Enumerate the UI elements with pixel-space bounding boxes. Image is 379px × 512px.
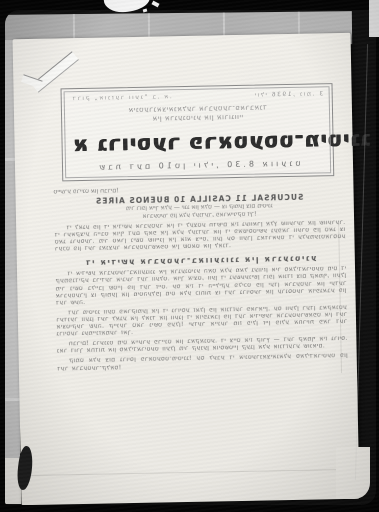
body-paragraph: די אידישע ארבעטער־באוועגונג אין ארגענטינ… bbox=[55, 265, 347, 306]
paper-bottom-right-corner bbox=[336, 447, 370, 499]
issue-date: יולי 1936, נומ. 3 bbox=[253, 90, 323, 98]
adjacent-frame-edge bbox=[369, 0, 379, 37]
photograph-of-document: דרוק „אונזער וועג” ב. א. יולי 1936, נומ.… bbox=[0, 0, 379, 512]
body-paragraph: קומט אלע צום גרויסן פראטעסט־מיטינג! עס ל… bbox=[57, 352, 348, 372]
body-paragraph: דער מיטינג וועט פארקומען אין די גרויסע ז… bbox=[56, 304, 347, 338]
handbill-title: א גרויסער פראטעסט־מיטינג bbox=[72, 126, 324, 157]
masthead-meta-row: דרוק „אונזער וועג” ב. א. יולי 1936, נומ.… bbox=[71, 90, 323, 102]
photo-artifact-speck bbox=[151, 1, 159, 8]
press-credit: דרוק „אונזער וועג” ב. א. bbox=[71, 93, 172, 102]
handbill-subtitle: שבת דעם 10טן יולי, 8.30 אווענט bbox=[72, 158, 324, 172]
masthead-box: דרוק „אונזער וועג” ב. א. יולי 1936, נומ.… bbox=[61, 83, 335, 181]
page-content-mirrored: דרוק „אונזער וועג” ב. א. יולי 1936, נומ.… bbox=[13, 33, 360, 505]
photo-print-area: דרוק „אונזער וועג” ב. א. יולי 1936, נומ.… bbox=[5, 10, 376, 505]
body-paragraph: חברים! ברענגט מיט אייערע פריינט און באקא… bbox=[56, 335, 347, 355]
body-paragraph: די לאגע פון די אידישע ארבעטער אין די לעצ… bbox=[54, 219, 345, 253]
document-page: דרוק „אונזער וועג” ב. א. יולי 1936, נומ.… bbox=[13, 33, 360, 505]
paper-edge-highlight bbox=[355, 44, 368, 480]
